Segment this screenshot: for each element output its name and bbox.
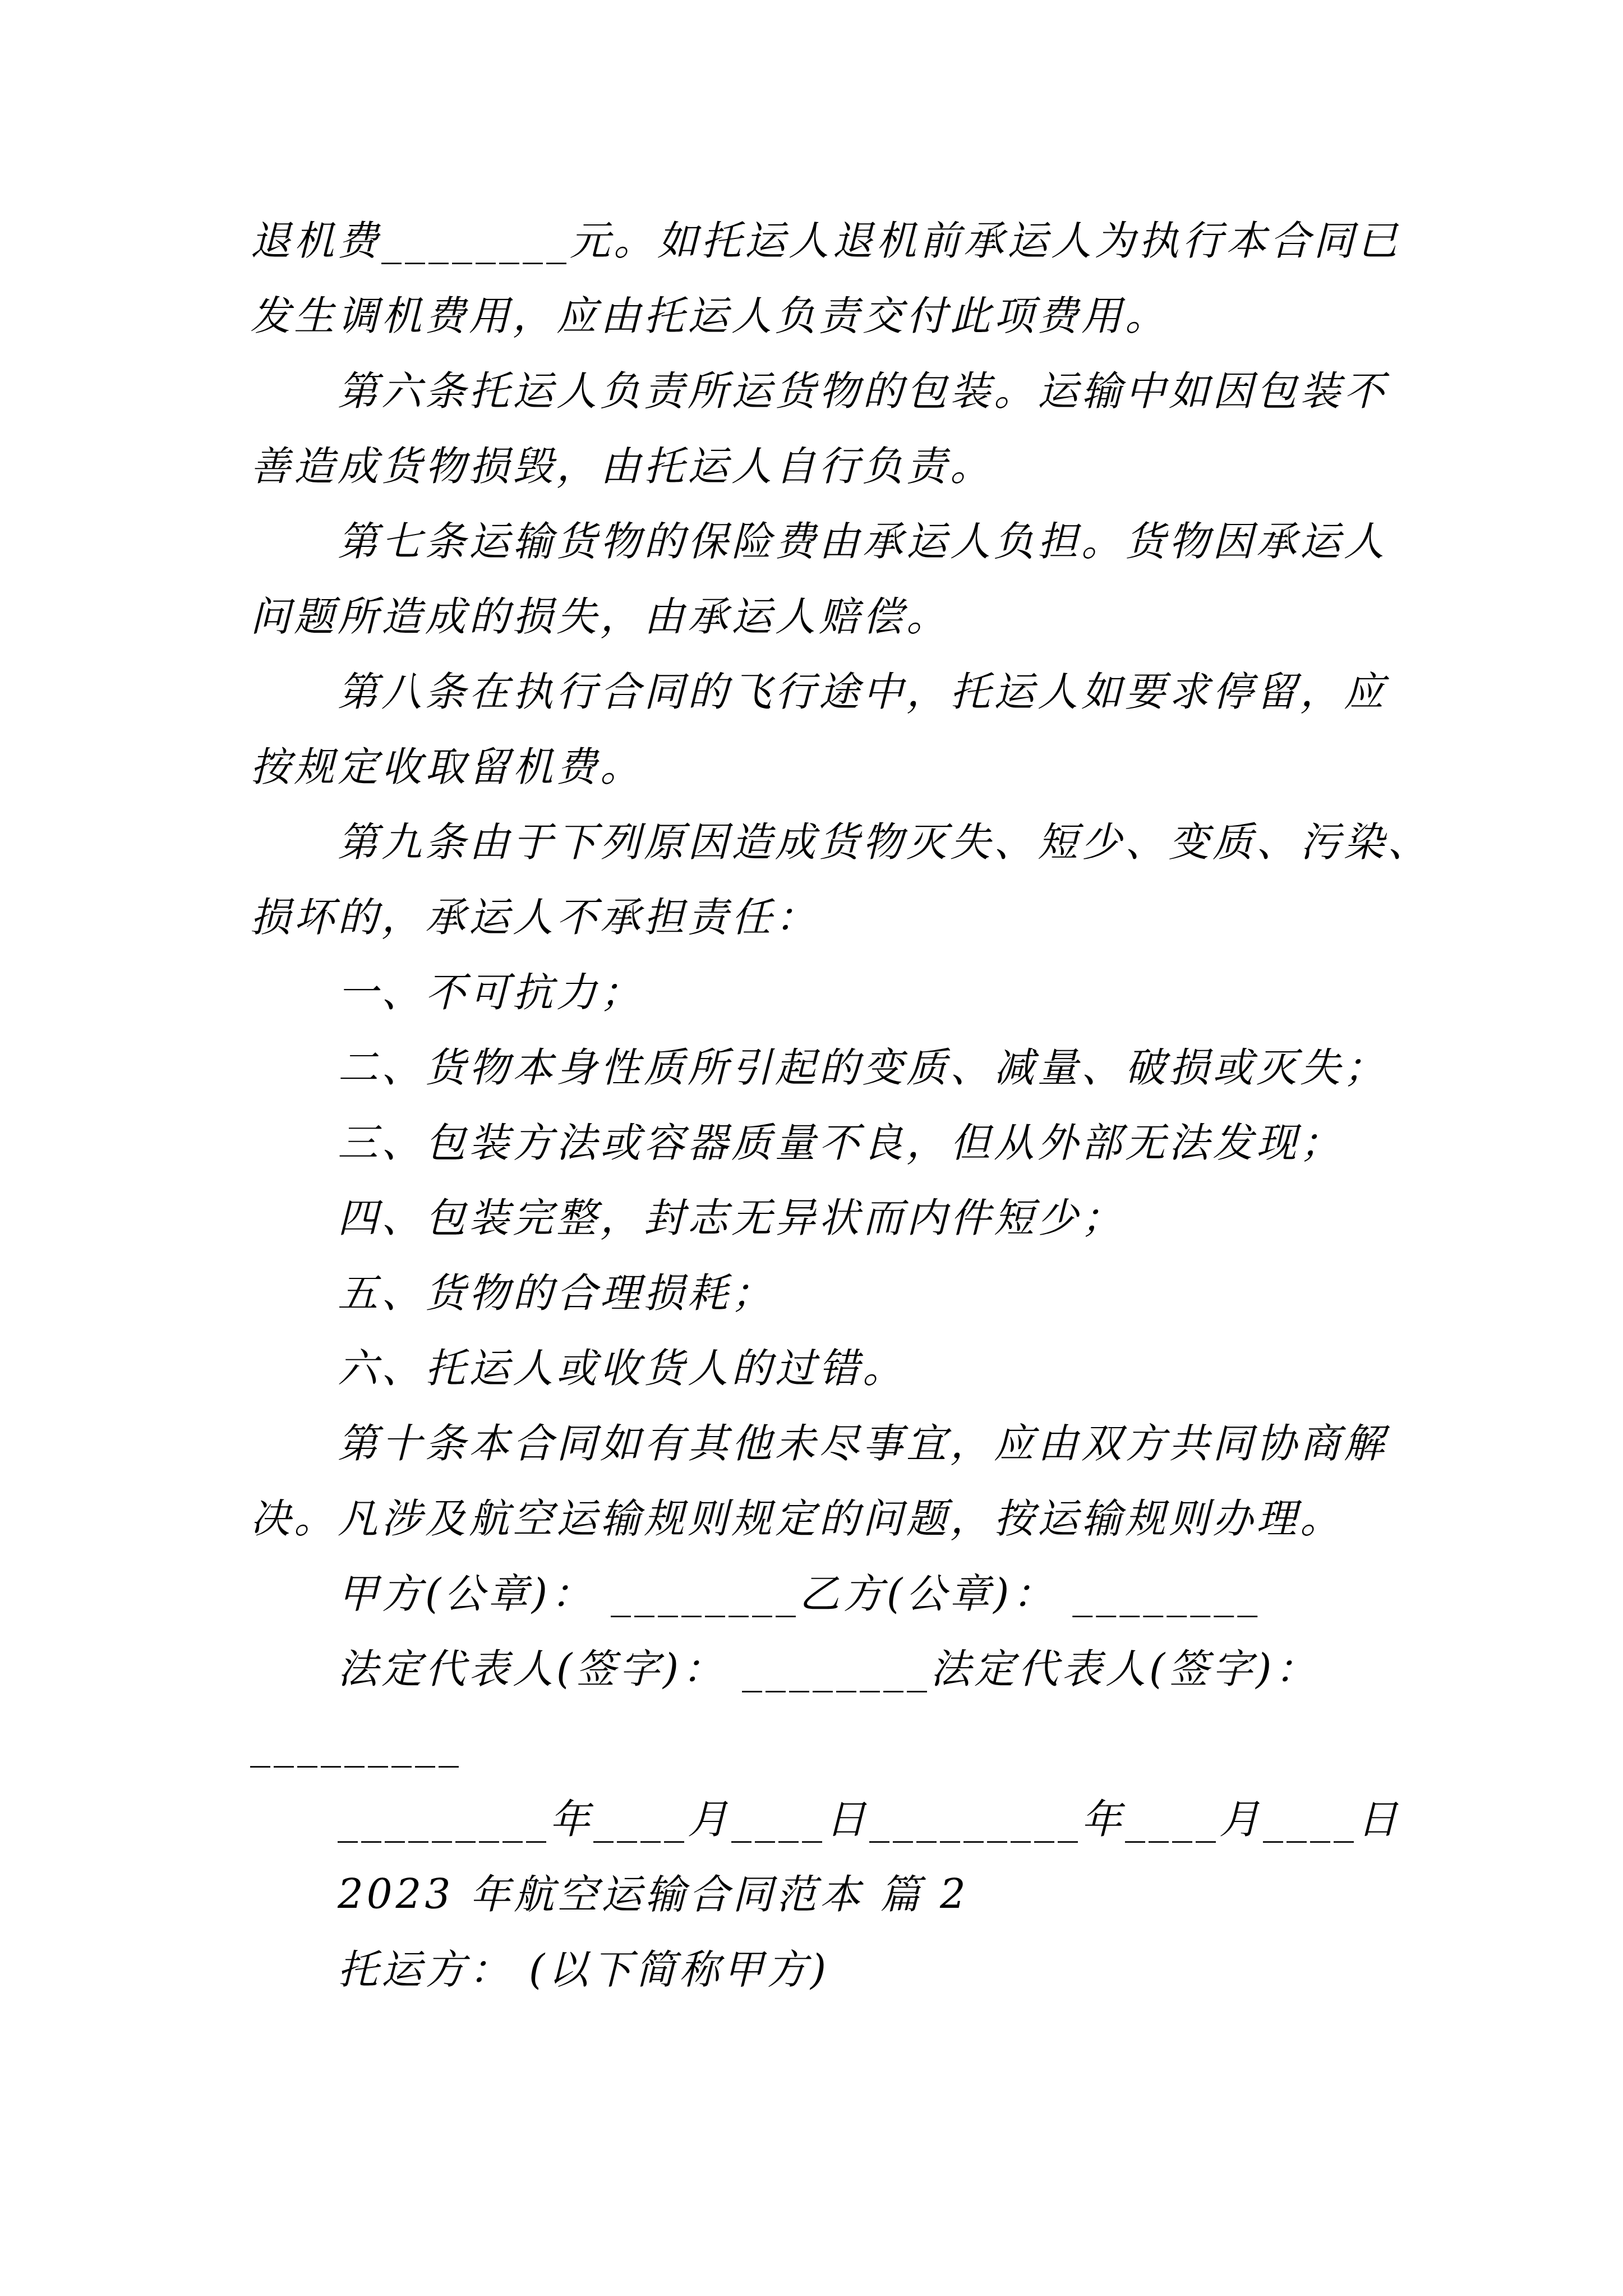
text-line-23: 2023 年航空运输合同范本 篇 2 <box>250 1857 1410 1932</box>
text-line-13: 三、包装方法或容器质量不良，但从外部无法发现； <box>250 1105 1410 1180</box>
text-line-21: _________ <box>250 1706 1410 1782</box>
text-line-4: 善造成货物损毁，由托运人自行负责。 <box>250 429 1410 504</box>
text-line-14: 四、包装完整，封志无异状而内件短少； <box>250 1180 1410 1255</box>
text-line-10: 损坏的，承运人不承担责任： <box>250 880 1410 955</box>
text-line-2: 发生调机费用，应由托运人负责交付此项费用。 <box>250 278 1410 353</box>
text-line-11: 一、不可抗力； <box>250 955 1410 1030</box>
text-line-5: 第七条运输货物的保险费由承运人负担。货物因承运人 <box>250 504 1410 579</box>
text-line-3: 第六条托运人负责所运货物的包装。运输中如因包装不 <box>250 353 1410 429</box>
text-line-20: 法定代表人(签字)： ________法定代表人(签字)： <box>250 1631 1410 1706</box>
text-line-16: 六、托运人或收货人的过错。 <box>250 1331 1410 1406</box>
text-line-1: 退机费________元。如托运人退机前承运人为执行本合同已 <box>250 203 1410 278</box>
text-line-24: 托运方： (以下简称甲方) <box>250 1932 1410 2007</box>
text-line-7: 第八条在执行合同的飞行途中，托运人如要求停留，应 <box>250 654 1410 729</box>
text-line-12: 二、货物本身性质所引起的变质、减量、破损或灭失； <box>250 1030 1410 1105</box>
text-line-22: _________年____月____日_________年____月____日 <box>250 1782 1410 1857</box>
text-line-17: 第十条本合同如有其他未尽事宜，应由双方共同协商解 <box>250 1406 1410 1481</box>
text-line-9: 第九条由于下列原因造成货物灭失、短少、变质、污染、 <box>250 804 1410 880</box>
text-line-18: 决。凡涉及航空运输规则规定的问题，按运输规则办理。 <box>250 1481 1410 1556</box>
text-line-8: 按规定收取留机费。 <box>250 729 1410 804</box>
text-line-6: 问题所造成的损失，由承运人赔偿。 <box>250 579 1410 654</box>
document-body: 退机费________元。如托运人退机前承运人为执行本合同已发生调机费用，应由托… <box>0 0 1623 2296</box>
text-line-15: 五、货物的合理损耗； <box>250 1255 1410 1331</box>
text-line-19: 甲方(公章)： ________乙方(公章)： ________ <box>250 1556 1410 1631</box>
